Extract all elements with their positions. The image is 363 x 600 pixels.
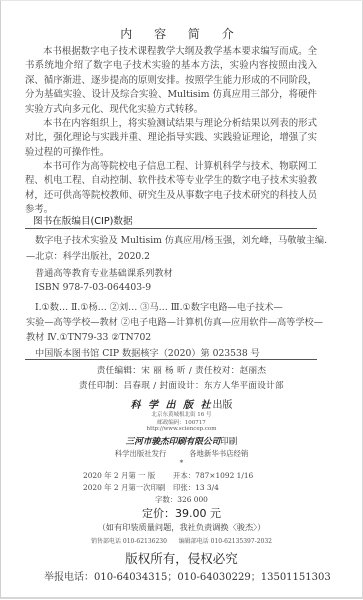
cip-title-line: 数字电子技术实验及 Multisim 仿真应用/杨玉强，刘允峰，马敬敏主编. xyxy=(35,232,327,246)
publisher-postal: 邮政编码：100717 xyxy=(0,418,363,426)
edition-date: 2020 年 2 月第 一 版 xyxy=(83,470,173,481)
cip-isbn: ISBN 978-7-03-064403-9 xyxy=(35,282,151,293)
printer-suffix: 印刷 xyxy=(220,437,237,447)
summary-title: 内 容 简 介 xyxy=(0,25,363,42)
printing-line: 2020 年 2 月第一次印刷印张：13 3/4 xyxy=(83,482,219,493)
publisher-address: 北京东黄城根北街 16 号 xyxy=(0,410,363,418)
cip-classification-2: 实验—高等学校—教材 ②电子电路—计算机仿真—应用软件—高等学校— xyxy=(26,314,323,328)
publisher-url: http://www.sciencep.com xyxy=(0,426,363,432)
format-size: 开本：787×1092 1/16 xyxy=(173,470,253,481)
cip-number: 中国版本图书馆 CIP 数据核字（2020）第 023538 号 xyxy=(35,345,260,359)
cip-publisher-line: —北京：科学出版社，2020.2 xyxy=(26,248,150,262)
phone-line: 销售部电话 010-62136230 编辑部电话 010-62135397-20… xyxy=(0,536,363,545)
price: 定价：39.00 元 xyxy=(0,505,363,521)
staff-line-2: 责任印制：吕春珉 / 封面设计：东方人华平面设计部 xyxy=(0,379,363,391)
printing-date: 2020 年 2 月第一次印刷 xyxy=(83,482,173,493)
summary-paragraph-1: 本书根据数字电子技术课程教学大纲及教学基本要求编写而成。全书系统地介绍了数字电子… xyxy=(25,45,317,117)
cip-heading: 图书在版编目(CIP)数据 xyxy=(33,213,133,227)
rights-statement: 版权所有，侵权必究 xyxy=(0,549,363,567)
edition-line: 2020 年 2 月第 一 版开本：787×1092 1/16 xyxy=(83,470,253,481)
sales-phone: 销售部电话 010-62136230 xyxy=(91,538,167,545)
cip-classification-3: 教材 Ⅳ.①TN79-33 ②TN702 xyxy=(26,329,151,343)
cip-heading-rule xyxy=(25,228,317,229)
staff-line-1: 责任编辑：宋 丽 杨 昕 / 责任校对：赵丽杰 xyxy=(0,364,363,376)
asterisk-separator: * xyxy=(0,458,363,467)
cip-classification-1: Ⅰ.①数… Ⅱ.①杨… ②刘… ③马… Ⅲ.①数字电路—电子技术— xyxy=(35,299,283,313)
report-phones: 举报电话：010-64034315；010-64030229；135011513… xyxy=(44,568,331,583)
summary-paragraph-3: 本书可作为高等院校电子信息工程、计算机科学与技术、物联网工程、机电工程、自动控制… xyxy=(25,160,317,218)
cip-bottom-rule xyxy=(25,359,317,360)
printer-line: 三河市骏杰印刷有限公司印刷 xyxy=(0,435,363,447)
cip-series-line: 普通高等教育专业基础课系列教材 xyxy=(35,265,173,279)
publisher-line: 科 学 出 版 社出版 xyxy=(0,396,363,411)
editorial-phone: 编辑部电话 010-62135397-2032 xyxy=(179,538,272,545)
printer-name: 三河市骏杰印刷有限公司 xyxy=(126,437,221,447)
summary-paragraph-2: 本书在内容组织上，将实验测试结果与理论分析结果以列表的形式对比，强化理论与实践并… xyxy=(25,117,317,160)
printed-sheets: 印张：13 3/4 xyxy=(173,482,219,493)
quality-note: （如有印装质量问题，我社负责调换〈骏杰〉） xyxy=(0,522,363,533)
word-count: 字数：326 000 xyxy=(0,494,363,505)
